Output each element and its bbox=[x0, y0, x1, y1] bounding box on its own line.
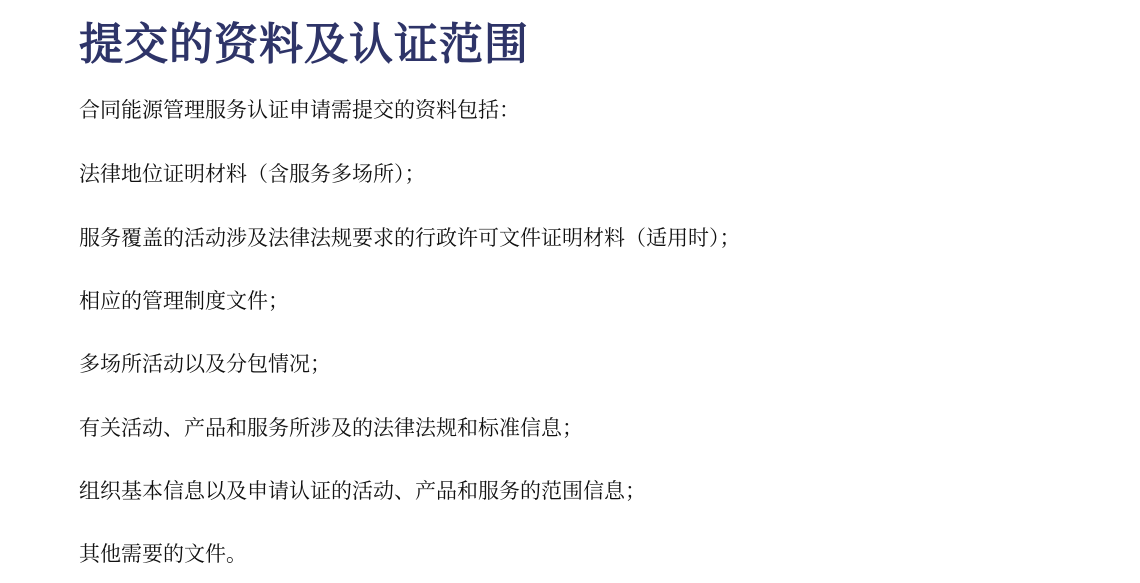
page-title: 提交的资料及认证范围 bbox=[79, 16, 529, 74]
list-item: 组织基本信息以及申请认证的活动、产品和服务的范围信息； bbox=[79, 476, 646, 506]
intro-paragraph: 合同能源管理服务认证申请需提交的资料包括： bbox=[79, 95, 520, 125]
list-item: 法律地位证明材料（含服务多场所）； bbox=[79, 159, 426, 189]
list-item: 其他需要的文件。 bbox=[79, 539, 247, 569]
list-item: 相应的管理制度文件； bbox=[79, 286, 289, 316]
list-item: 多场所活动以及分包情况； bbox=[79, 349, 331, 379]
list-item: 服务覆盖的活动涉及法律法规要求的行政许可文件证明材料（适用时）； bbox=[79, 223, 741, 253]
list-item: 有关活动、产品和服务所涉及的法律法规和标准信息； bbox=[79, 413, 583, 443]
